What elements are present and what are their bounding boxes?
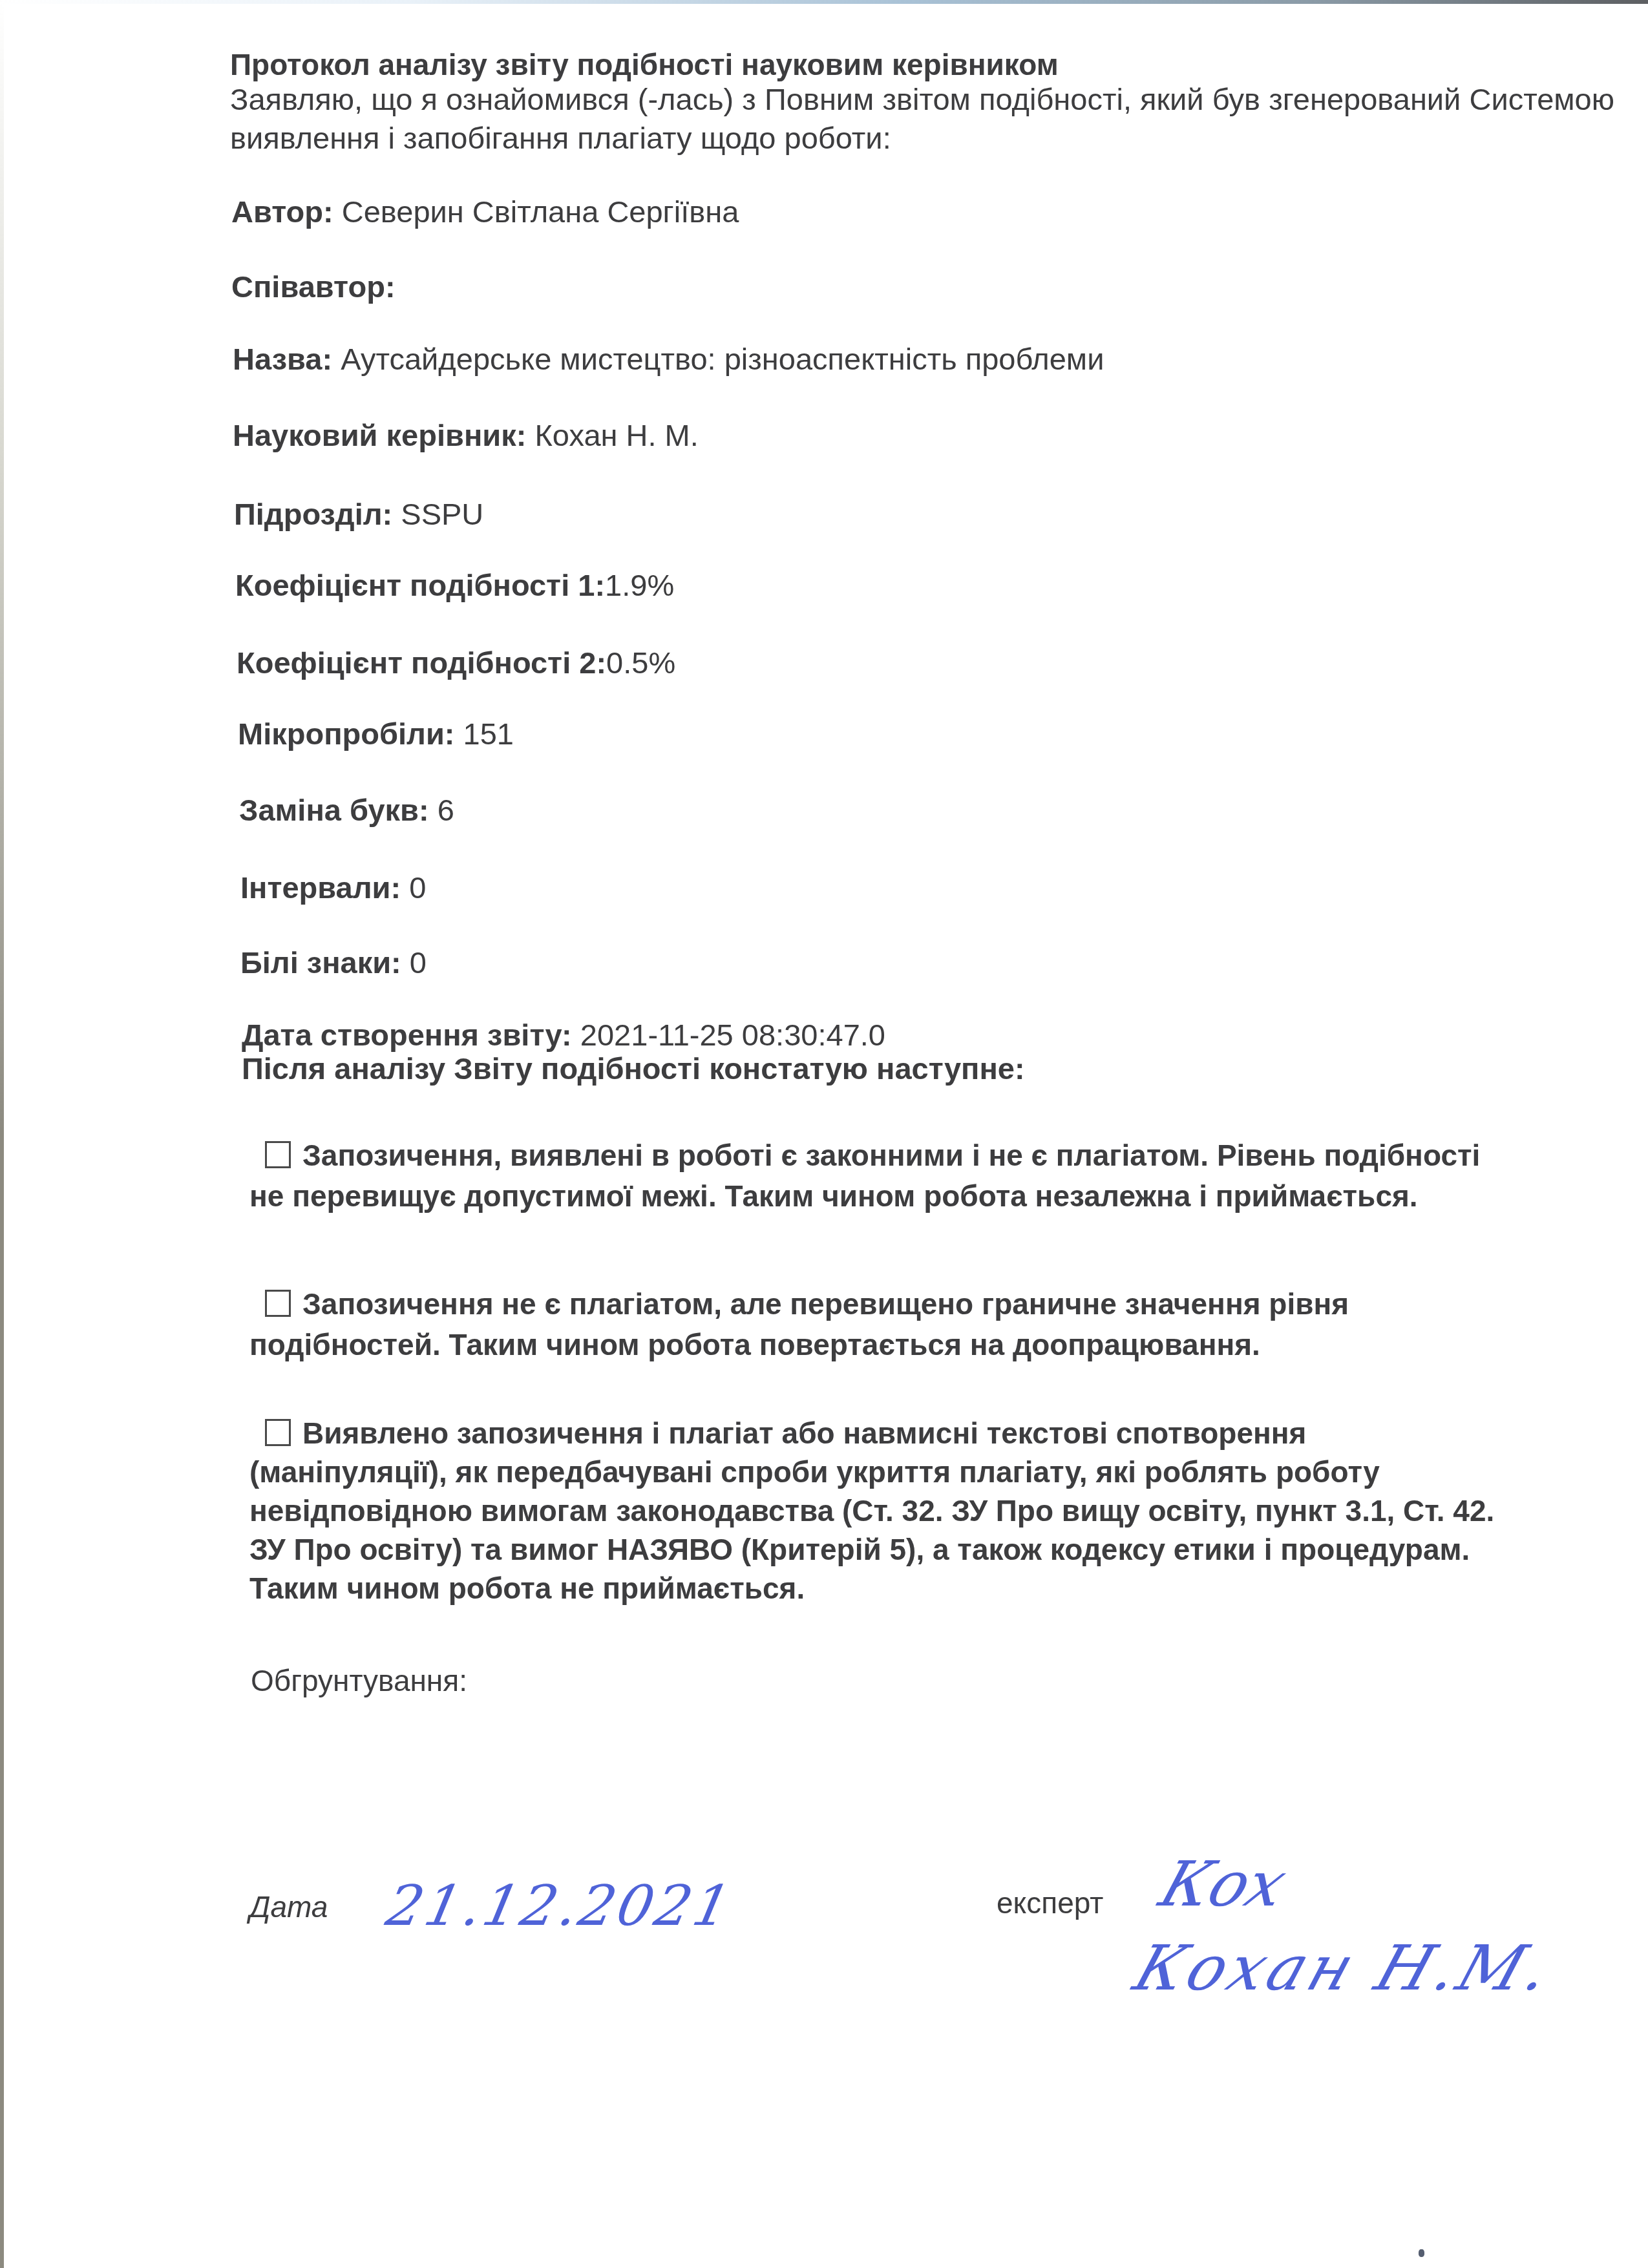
- field-letter-replacement: Заміна букв: 6: [239, 792, 454, 828]
- intro-statement: Заявляю, що я ознайомився (-лась) з Повн…: [230, 80, 1614, 158]
- field-label: Білі знаки:: [240, 945, 401, 980]
- conclusion-heading: Після аналізу Звіту подібності констатую…: [242, 1051, 1025, 1087]
- option-line: (маніпуляції), як передбачувані спроби у…: [249, 1453, 1620, 1491]
- field-label: Коефіцієнт подібності 2:: [237, 646, 606, 680]
- option-rejected: Виявлено запозичення і плагіат або навми…: [249, 1414, 1620, 1608]
- checkbox-revision[interactable]: [265, 1290, 291, 1317]
- field-value: 0: [410, 945, 427, 980]
- field-coauthor: Співавтор:: [231, 269, 396, 305]
- field-intervals: Інтервали: 0: [240, 870, 426, 906]
- field-value: 151: [463, 717, 514, 751]
- date-label: Дата: [249, 1889, 328, 1924]
- scan-edge-left: [0, 0, 4, 2268]
- justification-label: Обгрунтування:: [251, 1663, 467, 1698]
- field-label: Дата створення звіту:: [242, 1018, 572, 1052]
- option-line: ЗУ Про освіту) та вимог НАЗЯВО (Критерій…: [249, 1530, 1620, 1569]
- field-microspaces: Мікропробіли: 151: [238, 716, 514, 752]
- field-value: 1.9%: [605, 568, 674, 602]
- expert-label: експерт: [997, 1885, 1103, 1920]
- field-white-chars: Білі знаки: 0: [240, 945, 427, 981]
- option-line: Запозичення, виявлені в роботі є законни…: [249, 1136, 1620, 1175]
- field-value: Кохан Н. М.: [534, 418, 698, 452]
- field-supervisor: Науковий керівник: Кохан Н. М.: [233, 417, 699, 454]
- scan-speck: [1419, 2249, 1424, 2257]
- field-label: Мікропробіли:: [238, 717, 454, 751]
- field-label: Заміна букв:: [239, 793, 429, 827]
- field-label: Інтервали:: [240, 870, 401, 905]
- option-line: подібностей. Таким чином робота повертає…: [249, 1325, 1620, 1364]
- option-line: Виявлено запозичення і плагіат або навми…: [249, 1414, 1620, 1453]
- option-revision: Запозичення не є плагіатом, але перевище…: [249, 1285, 1620, 1364]
- field-label: Коефіцієнт подібності 1:: [235, 568, 605, 602]
- field-value: Северин Світлана Сергіївна: [342, 194, 739, 229]
- document-title: Протокол аналізу звіту подібності науков…: [230, 47, 1059, 83]
- field-label: Науковий керівник:: [233, 418, 526, 452]
- field-similarity-1: Коефіцієнт подібності 1:1.9%: [235, 567, 674, 604]
- field-value: SSPU: [401, 497, 483, 531]
- expert-signature: Кох: [1152, 1848, 1296, 1920]
- field-value: Аутсайдерське мистецтво: різноаспектніст…: [341, 342, 1104, 376]
- field-title: Назва: Аутсайдерське мистецтво: різноасп…: [233, 341, 1104, 377]
- field-department: Підрозділ: SSPU: [234, 496, 483, 532]
- handwritten-date: 21.12.2021: [381, 1874, 739, 1938]
- field-author: Автор: Северин Світлана Сергіївна: [231, 194, 739, 230]
- field-similarity-2: Коефіцієнт подібності 2:0.5%: [237, 645, 675, 681]
- scan-edge-top: [0, 0, 1648, 4]
- checkbox-accepted[interactable]: [265, 1141, 291, 1168]
- field-label: Співавтор:: [231, 269, 396, 304]
- option-line: Таким чином робота не приймається.: [249, 1569, 1620, 1608]
- option-line: Запозичення не є плагіатом, але перевище…: [249, 1285, 1620, 1323]
- field-report-date: Дата створення звіту: 2021-11-25 08:30:4…: [242, 1017, 885, 1053]
- field-value: 0: [409, 870, 426, 905]
- field-value: 2021-11-25 08:30:47.0: [580, 1018, 885, 1052]
- checkbox-rejected[interactable]: [265, 1419, 291, 1446]
- option-line: не перевищує допустимої межі. Таким чино…: [249, 1177, 1620, 1215]
- option-line: невідповідною вимогам законодавства (Ст.…: [249, 1491, 1620, 1530]
- expert-name-handwritten: Кохан Н.М.: [1126, 1932, 1563, 2004]
- field-label: Підрозділ:: [234, 497, 392, 531]
- field-value: 0.5%: [606, 646, 675, 680]
- option-accepted: Запозичення, виявлені в роботі є законни…: [249, 1136, 1620, 1215]
- field-label: Назва:: [233, 342, 332, 376]
- field-label: Автор:: [231, 194, 333, 229]
- field-value: 6: [438, 793, 454, 827]
